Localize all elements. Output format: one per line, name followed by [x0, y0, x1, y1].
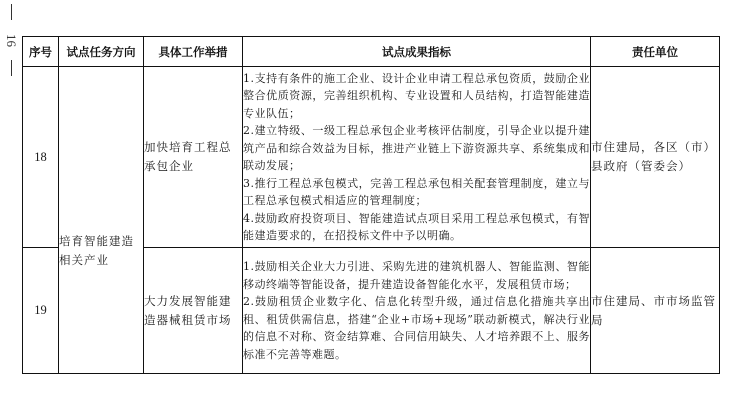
indicator-item: 1.支持有条件的施工企业、设计企业申请工程总承包资质，鼓励企业整合优质资源，完善…	[243, 70, 590, 123]
row-seq: 18	[23, 67, 59, 248]
header-measure: 具体工作举措	[144, 37, 243, 67]
indicator-item: 2.建立特级、一级工程总承包企业考核评估制度，引导企业以提升建筑产品和综合效益为…	[243, 122, 590, 175]
table-header-row: 序号 试点任务方向 具体工作举措 试点成果指标 责任单位	[23, 37, 720, 67]
row-measure: 加快培育工程总承包企业	[144, 67, 243, 248]
indicator-item: 2.鼓励租赁企业数字化、信息化转型升级，通过信息化措施共享出租、租赁供需信息，搭…	[243, 293, 590, 363]
pilot-task-table: 序号 试点任务方向 具体工作举措 试点成果指标 责任单位 18 培育智能建造相关…	[22, 36, 720, 374]
page-number-dash-bottom	[11, 60, 12, 76]
header-seq: 序号	[23, 37, 59, 67]
header-direction: 试点任务方向	[59, 37, 144, 67]
indicator-item: 3.推行工程总承包模式，完善工程总承包相关配套管理制度，建立与工程总承包模式相适…	[243, 175, 590, 210]
row-measure: 大力发展智能建造器械租赁市场	[144, 248, 243, 374]
row-indicators: 1.鼓励相关企业大力引进、采购先进的建筑机器人、智能监测、智能移动终端等智能设备…	[243, 248, 591, 374]
indicator-item: 1.鼓励相关企业大力引进、采购先进的建筑机器人、智能监测、智能移动终端等智能设备…	[243, 258, 590, 293]
row-seq: 19	[23, 248, 59, 374]
table-row: 18 培育智能建造相关产业 加快培育工程总承包企业 1.支持有条件的施工企业、设…	[23, 67, 720, 248]
page-number: 16	[4, 4, 18, 76]
direction-text: 培育智能建造相关产业	[59, 170, 143, 270]
header-indicators: 试点成果指标	[243, 37, 591, 67]
page-number-text: 16	[4, 34, 18, 47]
indicator-item: 4.鼓励政府投资项目、智能建造试点项目采用工程总承包模式，有智能建造要求的，在招…	[243, 210, 590, 245]
row-responsible-unit: 市住建局，各区（市）县政府（管委会）	[591, 67, 720, 248]
page-number-dash-top	[11, 4, 12, 20]
row-indicators: 1.支持有条件的施工企业、设计企业申请工程总承包资质，鼓励企业整合优质资源，完善…	[243, 67, 591, 248]
row-direction: 培育智能建造相关产业	[59, 67, 144, 374]
row-responsible-unit: 市住建局、市市场监管局	[591, 248, 720, 374]
header-unit: 责任单位	[591, 37, 720, 67]
